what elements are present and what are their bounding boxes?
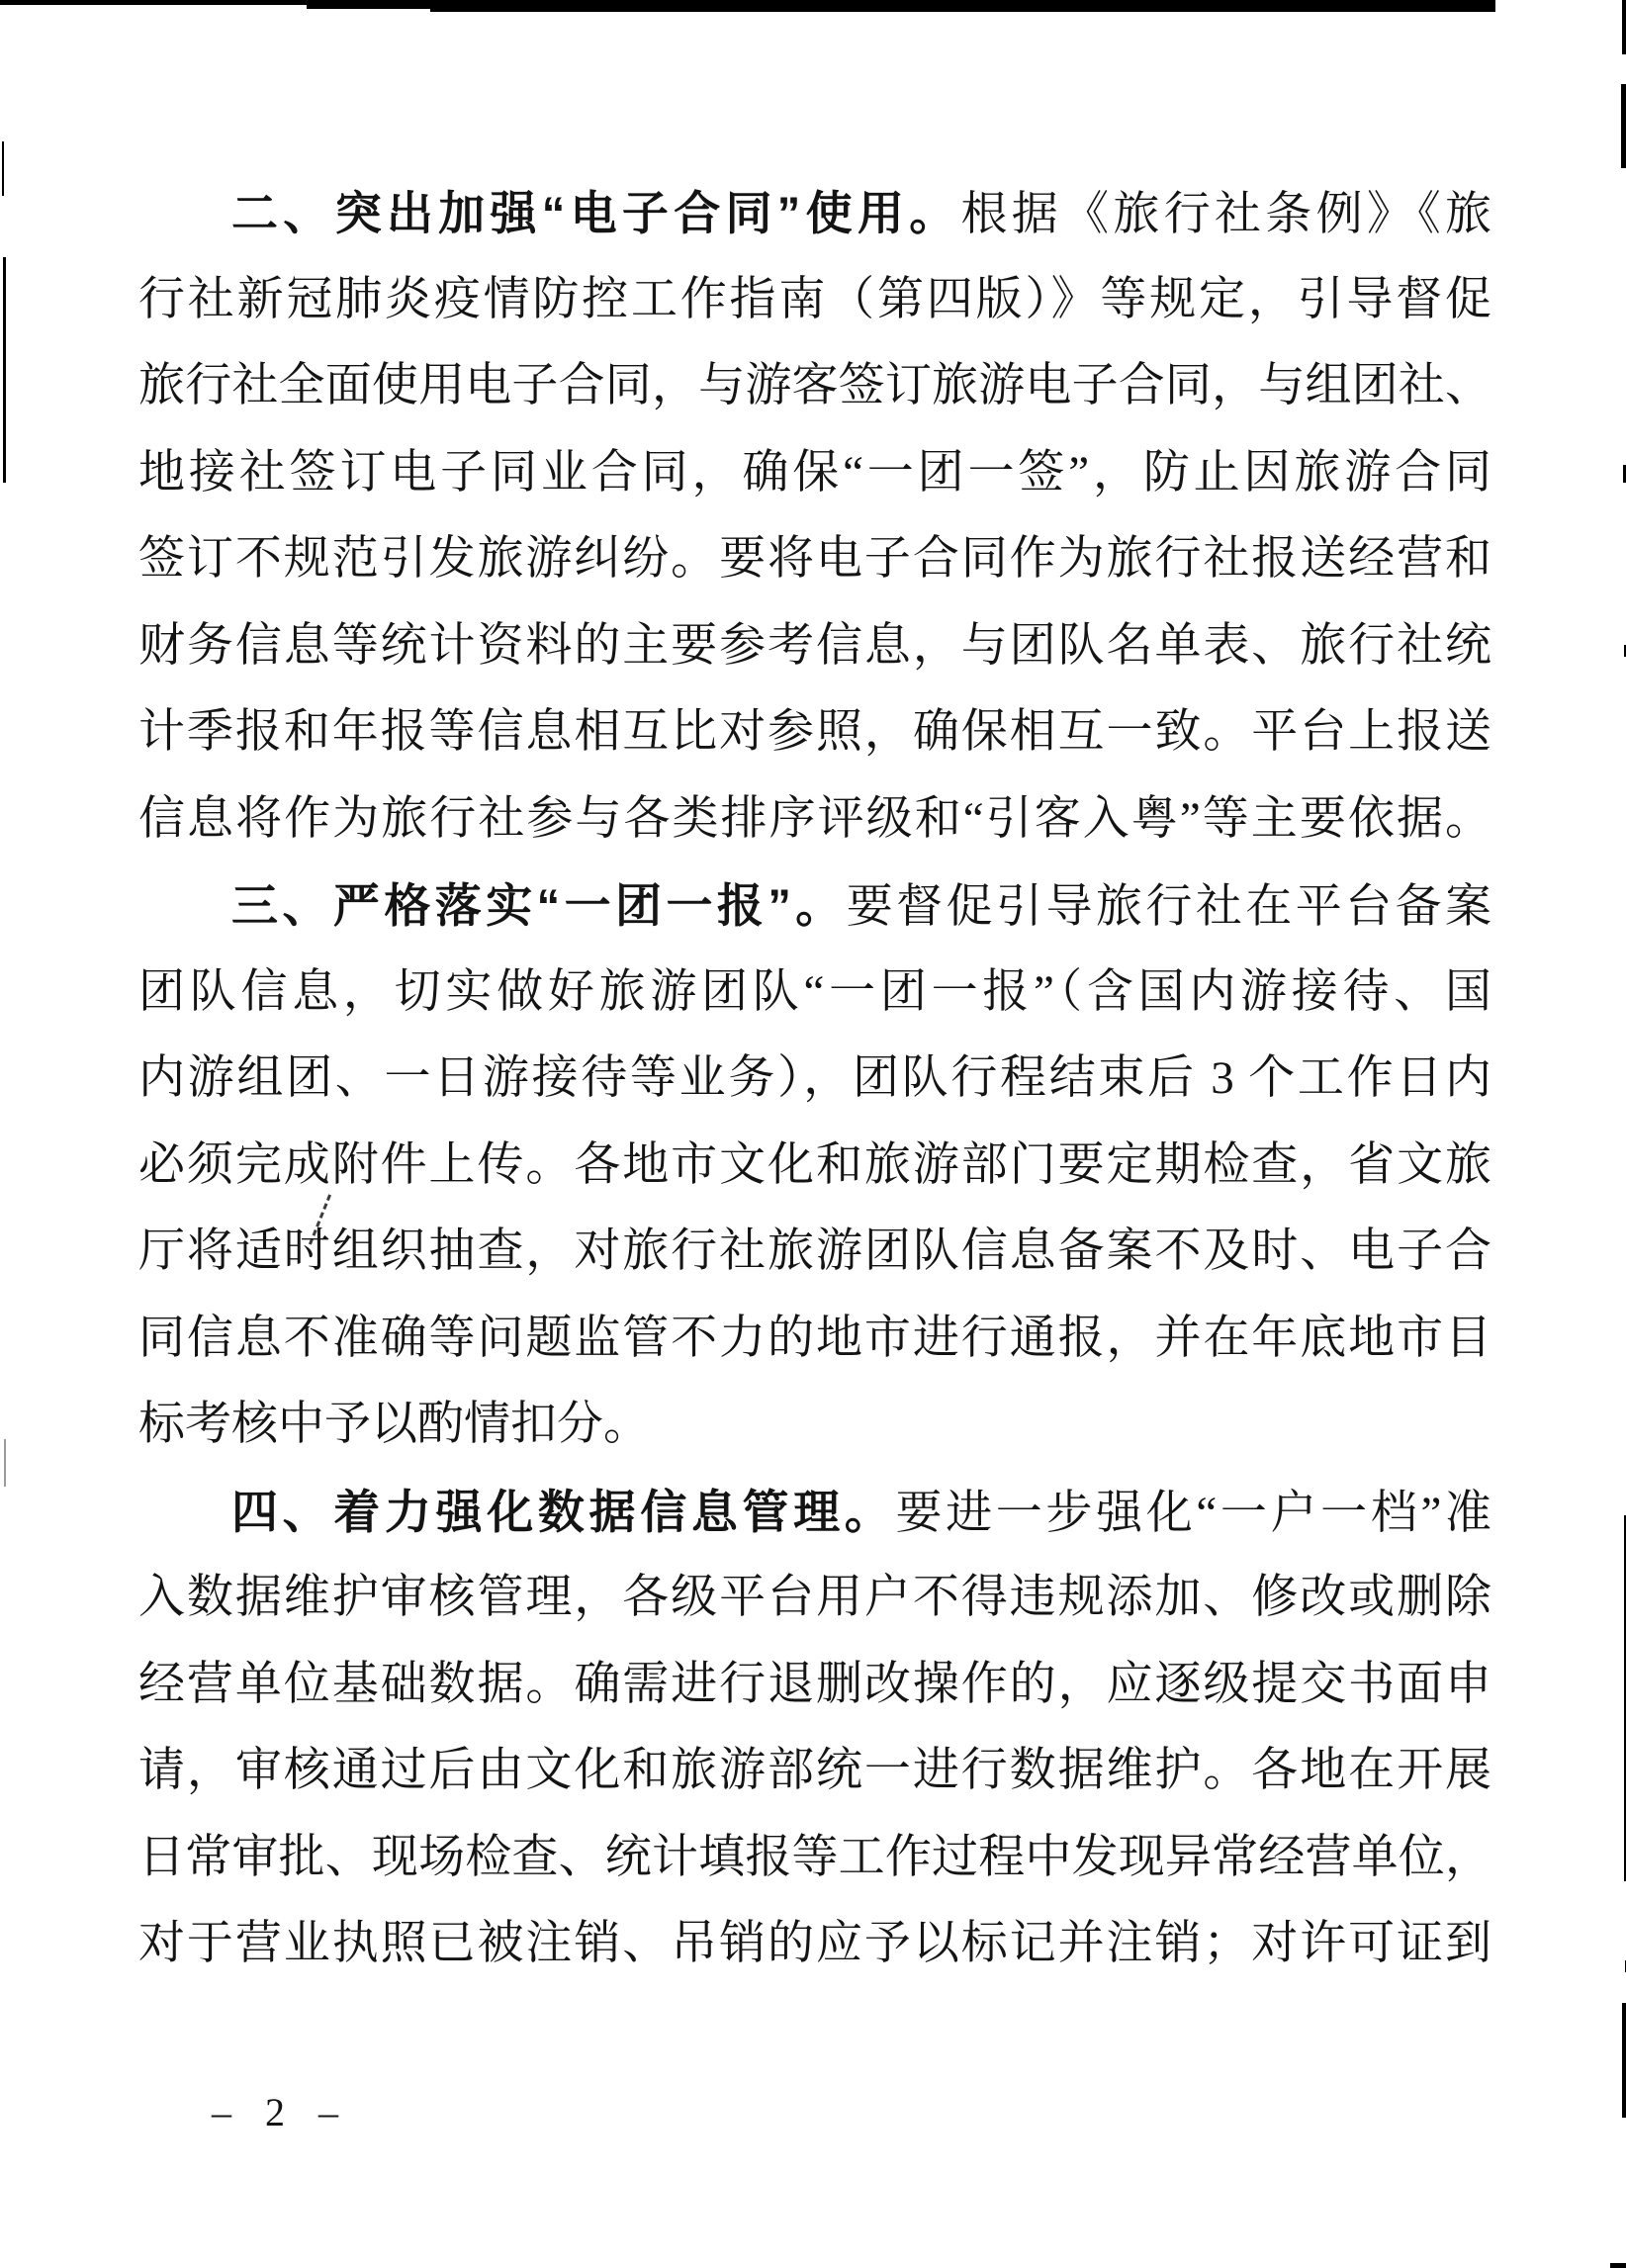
text-line: 旅行社全面使用电子合同，与游客签订旅游电子合同，与组团社、 (138, 343, 1491, 430)
section-heading: 二、突出加强“电子合同”使用。 (231, 187, 961, 239)
text-line: 厅将适时组织抽查，对旅行社旅游团队信息备案不及时、电子合 (138, 1209, 1491, 1296)
text-line: 财务信息等统计资料的主要参考信息，与团队名单表、旅行社统 (138, 603, 1491, 690)
text-line: 同信息不准确等问题监管不力的地市进行通报，并在年底地市目 (138, 1296, 1491, 1383)
paragraph: 三、严格落实“一团一报”。要督促引导旅行社在平台备案团队信息，切实做好旅游团队“… (138, 862, 1491, 1469)
page-number: – 2 – (212, 2089, 342, 2135)
scan-artifact-left-faint-dash (4, 1439, 6, 1487)
text-line: 入数据维护审核管理，各级平台用户不得违规添加、修改或删除 (138, 1555, 1491, 1642)
text-line: 团队信息，切实做好旅游团队“一团一报”（含国内游接待、国 (138, 950, 1491, 1037)
text-line: 日常审批、现场检查、统计填报等工作过程中发现异常经营单位， (138, 1815, 1491, 1902)
scan-artifact-left-dash (2, 141, 4, 196)
scan-artifact-corner-dash (1610, 2263, 1626, 2268)
text-line: 计季报和年报等信息相互比对参照，确保相互一致。平台上报送 (138, 689, 1491, 776)
text-line: 请，审核通过后由文化和旅游部统一进行数据维护。各地在开展 (138, 1728, 1491, 1815)
text-line: 必须完成附件上传。各地市文化和旅游部门要定期检查，省文旅 (138, 1123, 1491, 1210)
scan-artifact-top-streak-right (430, 0, 1495, 12)
text-line: 信息将作为旅行社参与各类排序评级和“引客入粤”等主要依据。 (138, 776, 1491, 863)
text-line: 行社新冠肺炎疫情防控工作指南（第四版）》等规定，引导督促 (138, 257, 1491, 344)
scan-artifact-right-dash-1 (1622, 0, 1626, 54)
text-line: 三、严格落实“一团一报”。要督促引导旅行社在平台备案 (138, 862, 1491, 950)
scan-artifact-left-line (3, 257, 6, 483)
text-line: 标考核中予以酌情扣分。 (138, 1382, 1491, 1469)
paragraph: 四、着力强化数据信息管理。要进一步强化“一户一档”准入数据维护审核管理，各级平台… (138, 1469, 1491, 1988)
scan-artifact-right-dash-2 (1621, 84, 1626, 168)
section-heading: 四、着力强化数据信息管理。 (231, 1486, 895, 1538)
paragraph: 二、突出加强“电子合同”使用。根据《旅行社条例》《旅行社新冠肺炎疫情防控工作指南… (138, 170, 1491, 862)
text-line: 经营单位基础数据。确需进行退删改操作的，应逐级提交书面申 (138, 1642, 1491, 1729)
text-line: 对于营业执照已被注销、吊销的应予以标记并注销；对许可证到 (138, 1901, 1491, 1988)
document-page: 二、突出加强“电子合同”使用。根据《旅行社条例》《旅行社新冠肺炎疫情防控工作指南… (0, 0, 1626, 2268)
text-line: 四、着力强化数据信息管理。要进一步强化“一户一档”准 (138, 1469, 1491, 1556)
text-line: 签订不规范引发旅游纠纷。要将电子合同作为旅行社报送经营和 (138, 516, 1491, 603)
scan-artifact-top-streak-left (0, 0, 307, 5)
scan-artifact-right-dash-6 (1622, 2003, 1626, 2118)
text-line: 地接社签订电子同业合同，确保“一团一签”，防止因旅游合同 (138, 430, 1491, 517)
section-heading: 三、严格落实“一团一报”。 (231, 879, 847, 932)
text-line: 内游组团、一日游接待等业务），团队行程结束后 3 个工作日内 (138, 1036, 1491, 1123)
scan-artifact-top-streak-mid (307, 0, 440, 9)
document-body: 二、突出加强“电子合同”使用。根据《旅行社条例》《旅行社新冠肺炎疫情防控工作指南… (138, 170, 1491, 1988)
text-line: 二、突出加强“电子合同”使用。根据《旅行社条例》《旅 (138, 170, 1491, 257)
